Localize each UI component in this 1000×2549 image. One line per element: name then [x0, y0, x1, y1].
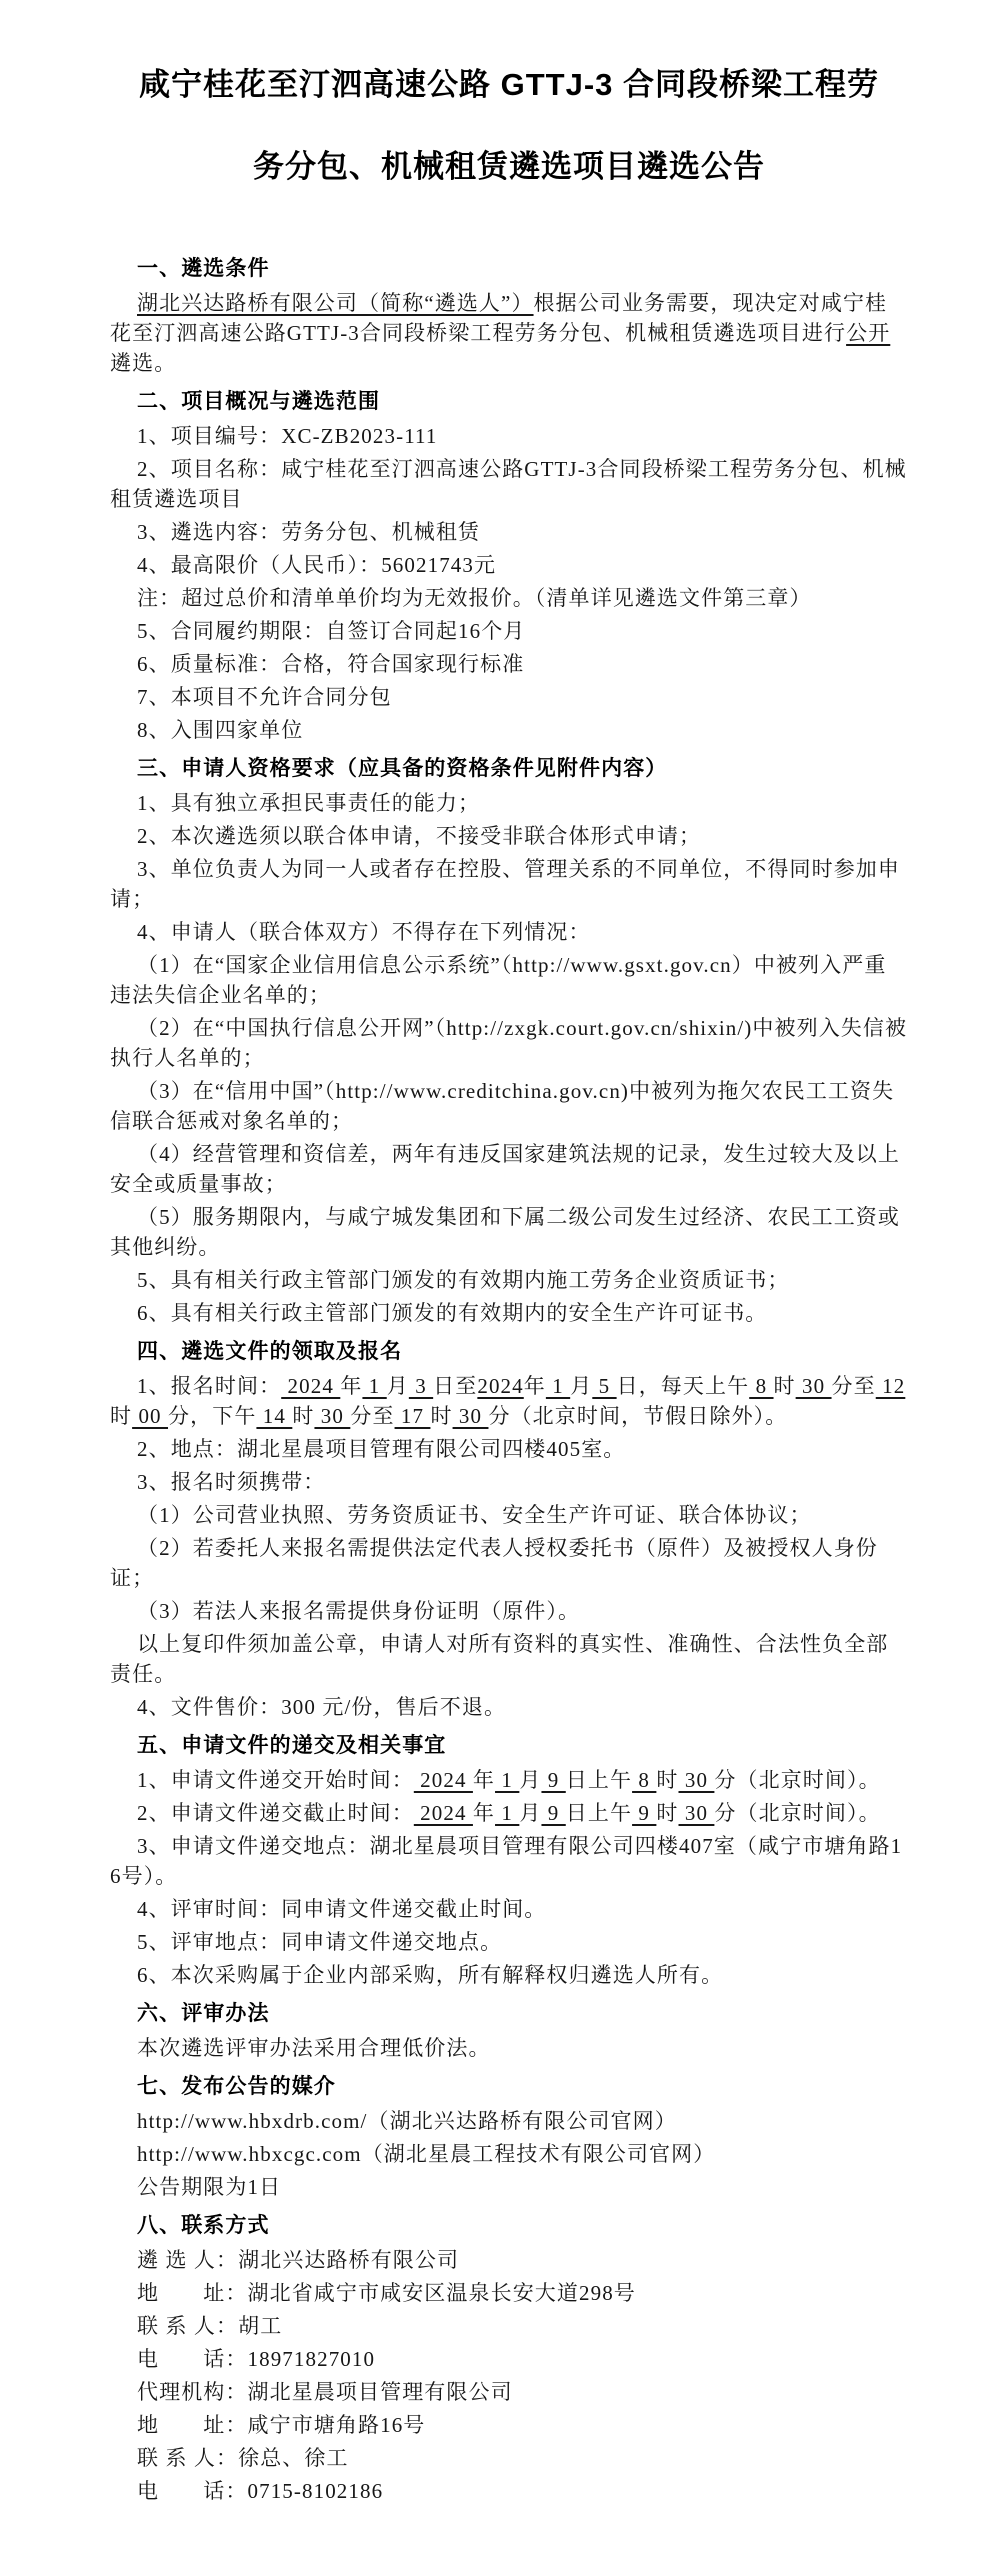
- text-run: 日上午: [566, 1768, 632, 1792]
- underlined-text: 5: [592, 1374, 616, 1398]
- text-run: 月: [387, 1374, 409, 1398]
- underlined-text: 1: [495, 1801, 519, 1825]
- text-run: 时: [774, 1374, 796, 1398]
- text-run: 八、联系方式: [137, 2214, 270, 2237]
- text-run: （5）服务期限内，与咸宁城发集团和下属二级公司发生过经济、农民工工资或其他纠纷。: [110, 1205, 900, 1259]
- paragraph: 注：超过总价和清单单价均为无效报价。（清单详见遴选文件第三章）: [110, 583, 908, 613]
- underlined-text: 9: [541, 1768, 565, 1792]
- text-run: 年: [340, 1374, 362, 1398]
- paragraph: 代理机构：湖北星晨项目管理有限公司: [110, 2377, 908, 2407]
- text-run: 3、遴选内容：劳务分包、机械租赁: [137, 520, 480, 544]
- paragraph: 4、文件售价：300 元/份，售后不退。: [110, 1692, 908, 1722]
- text-run: 3、单位负责人为同一人或者存在控股、管理关系的不同单位，不得同时参加申请；: [110, 857, 900, 911]
- paragraph: （2）若委托人来报名需提供法定代表人授权委托书（原件）及被授权人身份证；: [110, 1533, 908, 1593]
- underlined-text: 9: [632, 1801, 656, 1825]
- text-run: 5、合同履约期限：自签订合同起16个月: [137, 619, 525, 643]
- text-run: 遴选。: [110, 351, 176, 375]
- paragraph: 4、最高限价（人民币）：56021743元: [110, 550, 908, 580]
- paragraph: （1）公司营业执照、劳务资质证书、安全生产许可证、联合体协议；: [110, 1500, 908, 1530]
- text-run: 以上复印件须加盖公章，申请人对所有资料的真实性、准确性、合法性负全部责任。: [110, 1632, 888, 1686]
- paragraph: 2、地点：湖北星晨项目管理有限公司四楼405室。: [110, 1434, 908, 1464]
- text-run: （3）在“信用中国”（http://www.creditchina.gov.cn…: [110, 1079, 894, 1133]
- text-run: 1、报名时间：: [137, 1374, 281, 1398]
- text-run: 本次遴选评审办法采用合理低价法。: [137, 2036, 491, 2060]
- paragraph: 2、本次遴选须以联合体申请，不接受非联合体形式申请；: [110, 821, 908, 851]
- underlined-text: 2024: [414, 1768, 473, 1792]
- paragraph: （4）经营管理和资信差，两年有违反国家建筑法规的记录，发生过较大及以上安全或质量…: [110, 1139, 908, 1199]
- text-run: 月: [570, 1374, 592, 1398]
- text-run: 2、地点：湖北星晨项目管理有限公司四楼405室。: [137, 1437, 625, 1461]
- section-heading: 七、发布公告的媒介: [110, 2072, 908, 2102]
- paragraph: （5）服务期限内，与咸宁城发集团和下属二级公司发生过经济、农民工工资或其他纠纷。: [110, 1202, 908, 1262]
- document-title: 咸宁桂花至汀泗高速公路 GTTJ-3 合同段桥梁工程劳 务分包、机械租赁遴选项目…: [110, 44, 908, 208]
- text-run: 分至: [350, 1404, 394, 1428]
- section-heading: 一、遴选条件: [110, 254, 908, 284]
- underlined-text: 30: [679, 1768, 715, 1792]
- paragraph: 1、项目编号：XC-ZB2023-111: [110, 421, 908, 451]
- paragraph: 遴 选 人：湖北兴达路桥有限公司: [110, 2245, 908, 2275]
- underlined-text: 湖北兴达路桥有限公司（简称“遴选人”）: [137, 291, 534, 315]
- text-run: 1、具有独立承担民事责任的能力；: [137, 791, 480, 815]
- underlined-text: 17: [395, 1404, 431, 1428]
- text-run: 6、本次采购属于企业内部采购，所有解释权归遴选人所有。: [137, 1963, 723, 1987]
- underlined-text: 8: [632, 1768, 656, 1792]
- paragraph: 以上复印件须加盖公章，申请人对所有资料的真实性、准确性、合法性负全部责任。: [110, 1629, 908, 1689]
- underlined-text: 2024: [281, 1374, 340, 1398]
- text-run: 8、入围四家单位: [137, 718, 303, 742]
- text-run: 4、最高限价（人民币）：56021743元: [137, 553, 496, 577]
- text-run: 月: [519, 1801, 541, 1825]
- text-run: 分至: [832, 1374, 876, 1398]
- text-run: 时: [656, 1768, 678, 1792]
- paragraph: （3）在“信用中国”（http://www.creditchina.gov.cn…: [110, 1076, 908, 1136]
- paragraph: 3、申请文件递交地点：湖北星晨项目管理有限公司四楼407室（咸宁市塘角路16号）…: [110, 1831, 908, 1891]
- text-run: 4、申请人（联合体双方）不得存在下列情况：: [137, 920, 591, 944]
- paragraph: 地 址：咸宁市塘角路16号: [110, 2410, 908, 2440]
- text-run: 月: [519, 1768, 541, 1792]
- underlined-text: 30: [453, 1404, 489, 1428]
- document-body: 一、遴选条件湖北兴达路桥有限公司（简称“遴选人”）根据公司业务需要，现决定对咸宁…: [110, 254, 908, 2506]
- text-run: http://www.hbxdrb.com/（湖北兴达路桥有限公司官网）: [137, 2109, 677, 2133]
- paragraph: 8、入围四家单位: [110, 715, 908, 745]
- text-run: 时: [110, 1404, 132, 1428]
- text-run: 2、申请文件递交截止时间：: [137, 1801, 414, 1825]
- document-title-line1: 咸宁桂花至汀泗高速公路 GTTJ-3 合同段桥梁工程劳: [110, 44, 908, 126]
- text-run: 七、发布公告的媒介: [137, 2075, 336, 2098]
- text-run: 年: [473, 1768, 495, 1792]
- paragraph: 联 系 人：胡工: [110, 2311, 908, 2341]
- text-run: 3、申请文件递交地点：湖北星晨项目管理有限公司四楼407室（咸宁市塘角路16号）…: [110, 1834, 902, 1888]
- text-run: 5、具有相关行政主管部门颁发的有效期内施工劳务企业资质证书；: [137, 1268, 790, 1292]
- text-run: 地 址：湖北省咸宁市咸安区温泉长安大道298号: [137, 2281, 636, 2305]
- paragraph: 2、申请文件递交截止时间： 2024 年 1 月 9 日上午 9 时 30 分（…: [110, 1798, 908, 1828]
- section-heading: 六、评审办法: [110, 1999, 908, 2029]
- paragraph: 5、评审地点：同申请文件递交地点。: [110, 1927, 908, 1957]
- text-run: 5、评审地点：同申请文件递交地点。: [137, 1930, 502, 1954]
- section-heading: 二、项目概况与遴选范围: [110, 387, 908, 417]
- text-run: （4）经营管理和资信差，两年有违反国家建筑法规的记录，发生过较大及以上安全或质量…: [110, 1142, 900, 1196]
- underlined-text: 公开: [846, 321, 890, 345]
- text-run: 日上午: [566, 1801, 632, 1825]
- underlined-text: 00: [132, 1404, 168, 1428]
- paragraph: （1）在“国家企业信用信息公示系统”（http://www.gsxt.gov.c…: [110, 950, 908, 1010]
- text-run: 分（北京时间，节假日除外）。: [488, 1404, 787, 1428]
- document-title-line2: 务分包、机械租赁遴选项目遴选公告: [110, 126, 908, 208]
- paragraph: （3）若法人来报名需提供身份证明（原件）。: [110, 1596, 908, 1626]
- text-run: 地 址：咸宁市塘角路16号: [137, 2413, 425, 2437]
- text-run: http://www.hbxcgc.com（湖北星晨工程技术有限公司官网）: [137, 2142, 715, 2166]
- underlined-text: 1: [546, 1374, 570, 1398]
- text-run: 六、评审办法: [137, 2002, 270, 2025]
- paragraph: 5、具有相关行政主管部门颁发的有效期内施工劳务企业资质证书；: [110, 1265, 908, 1295]
- text-run: 2、项目名称：咸宁桂花至汀泗高速公路GTTJ-3合同段桥梁工程劳务分包、机械租赁…: [110, 457, 907, 511]
- text-run: （2）在“中国执行信息公开网”（http://zxgk.court.gov.cn…: [110, 1016, 907, 1070]
- text-run: 6、具有相关行政主管部门颁发的有效期内的安全生产许可证书。: [137, 1301, 767, 1325]
- underlined-text: 30: [796, 1374, 832, 1398]
- paragraph: 1、申请文件递交开始时间： 2024 年 1 月 9 日上午 8 时 30 分（…: [110, 1765, 908, 1795]
- underlined-text: 2024: [414, 1801, 473, 1825]
- paragraph: 1、报名时间： 2024 年 1 月 3 日至2024年 1 月 5 日，每天上…: [110, 1371, 908, 1431]
- paragraph: 联 系 人：徐总、徐工: [110, 2443, 908, 2473]
- text-run: 一、遴选条件: [137, 257, 270, 280]
- text-run: 年: [524, 1374, 546, 1398]
- paragraph: （2）在“中国执行信息公开网”（http://zxgk.court.gov.cn…: [110, 1013, 908, 1073]
- paragraph: 6、具有相关行政主管部门颁发的有效期内的安全生产许可证书。: [110, 1298, 908, 1328]
- text-run: （1）在“国家企业信用信息公示系统”（http://www.gsxt.gov.c…: [110, 953, 886, 1007]
- text-run: 分（北京时间）。: [714, 1801, 880, 1825]
- text-run: 二、项目概况与遴选范围: [137, 390, 380, 413]
- text-run: 三、申请人资格要求（应具备的资格条件见附件内容）: [137, 757, 667, 780]
- underlined-text: 8: [749, 1374, 773, 1398]
- paragraph: 3、单位负责人为同一人或者存在控股、管理关系的不同单位，不得同时参加申请；: [110, 854, 908, 914]
- underlined-text: 3: [409, 1374, 433, 1398]
- text-run: 代理机构：湖北星晨项目管理有限公司: [137, 2380, 513, 2404]
- text-run: 4、评审时间：同申请文件递交截止时间。: [137, 1897, 546, 1921]
- text-run: 联 系 人：胡工: [137, 2314, 282, 2338]
- text-run: 电 话：0715-8102186: [137, 2479, 383, 2503]
- text-run: 五、申请文件的递交及相关事宜: [137, 1734, 446, 1757]
- section-heading: 五、申请文件的递交及相关事宜: [110, 1731, 908, 1761]
- section-heading: 四、遴选文件的领取及报名: [110, 1337, 908, 1367]
- paragraph: 3、遴选内容：劳务分包、机械租赁: [110, 517, 908, 547]
- paragraph: 6、本次采购属于企业内部采购，所有解释权归遴选人所有。: [110, 1960, 908, 1990]
- paragraph: 公告期限为1日: [110, 2172, 908, 2202]
- underlined-text: 9: [541, 1801, 565, 1825]
- text-run: 公告期限为1日: [137, 2175, 281, 2199]
- underlined-text: 30: [314, 1404, 350, 1428]
- underlined-text: 1: [495, 1768, 519, 1792]
- text-run: 时: [656, 1801, 678, 1825]
- paragraph: 5、合同履约期限：自签订合同起16个月: [110, 616, 908, 646]
- text-run: 联 系 人：徐总、徐工: [137, 2446, 349, 2470]
- underlined-text: 1: [362, 1374, 386, 1398]
- announcement-page: 咸宁桂花至汀泗高速公路 GTTJ-3 合同段桥梁工程劳 务分包、机械租赁遴选项目…: [0, 0, 1000, 2549]
- text-run: 日至: [433, 1374, 477, 1398]
- text-run: 日，每天上午: [617, 1374, 750, 1398]
- text-run: 4、文件售价：300 元/份，售后不退。: [137, 1695, 506, 1719]
- paragraph: 地 址：湖北省咸宁市咸安区温泉长安大道298号: [110, 2278, 908, 2308]
- text-run: 6、质量标准：合格，符合国家现行标准: [137, 652, 524, 676]
- text-run: 分（北京时间）。: [714, 1768, 880, 1792]
- paragraph: 电 话：0715-8102186: [110, 2476, 908, 2506]
- text-run: 2、本次遴选须以联合体申请，不接受非联合体形式申请；: [137, 824, 701, 848]
- underlined-text: 2024: [477, 1374, 523, 1398]
- paragraph: 本次遴选评审办法采用合理低价法。: [110, 2033, 908, 2063]
- section-heading: 三、申请人资格要求（应具备的资格条件见附件内容）: [110, 754, 908, 784]
- text-run: 分，下午: [168, 1404, 256, 1428]
- paragraph: 4、评审时间：同申请文件递交截止时间。: [110, 1894, 908, 1924]
- paragraph: 4、申请人（联合体双方）不得存在下列情况：: [110, 917, 908, 947]
- underlined-text: 30: [679, 1801, 715, 1825]
- paragraph: http://www.hbxdrb.com/（湖北兴达路桥有限公司官网）: [110, 2106, 908, 2136]
- text-run: 7、本项目不允许合同分包: [137, 685, 392, 709]
- text-run: 电 话：18971827010: [137, 2347, 375, 2371]
- section-heading: 八、联系方式: [110, 2211, 908, 2241]
- text-run: 遴 选 人：湖北兴达路桥有限公司: [137, 2248, 459, 2272]
- text-run: 年: [473, 1801, 495, 1825]
- text-run: 时: [292, 1404, 314, 1428]
- text-run: （1）公司营业执照、劳务资质证书、安全生产许可证、联合体协议；: [137, 1503, 812, 1527]
- text-run: （3）若法人来报名需提供身份证明（原件）。: [137, 1599, 580, 1623]
- paragraph: 1、具有独立承担民事责任的能力；: [110, 788, 908, 818]
- paragraph: 2、项目名称：咸宁桂花至汀泗高速公路GTTJ-3合同段桥梁工程劳务分包、机械租赁…: [110, 454, 908, 514]
- text-run: 时: [430, 1404, 452, 1428]
- paragraph: 6、质量标准：合格，符合国家现行标准: [110, 649, 908, 679]
- paragraph: 3、报名时须携带：: [110, 1467, 908, 1497]
- paragraph: 湖北兴达路桥有限公司（简称“遴选人”）根据公司业务需要，现决定对咸宁桂花至汀泗高…: [110, 288, 908, 378]
- text-run: 1、申请文件递交开始时间：: [137, 1768, 414, 1792]
- paragraph: 7、本项目不允许合同分包: [110, 682, 908, 712]
- paragraph: 电 话：18971827010: [110, 2344, 908, 2374]
- text-run: 1、项目编号：XC-ZB2023-111: [137, 424, 437, 448]
- text-run: 四、遴选文件的领取及报名: [137, 1340, 402, 1363]
- underlined-text: 12: [876, 1374, 906, 1398]
- text-run: 注：超过总价和清单单价均为无效报价。（清单详见遴选文件第三章）: [137, 586, 812, 610]
- text-run: （2）若委托人来报名需提供法定代表人授权委托书（原件）及被授权人身份证；: [110, 1536, 878, 1590]
- text-run: 3、报名时须携带：: [137, 1470, 325, 1494]
- paragraph: http://www.hbxcgc.com（湖北星晨工程技术有限公司官网）: [110, 2139, 908, 2169]
- underlined-text: 14: [256, 1404, 292, 1428]
